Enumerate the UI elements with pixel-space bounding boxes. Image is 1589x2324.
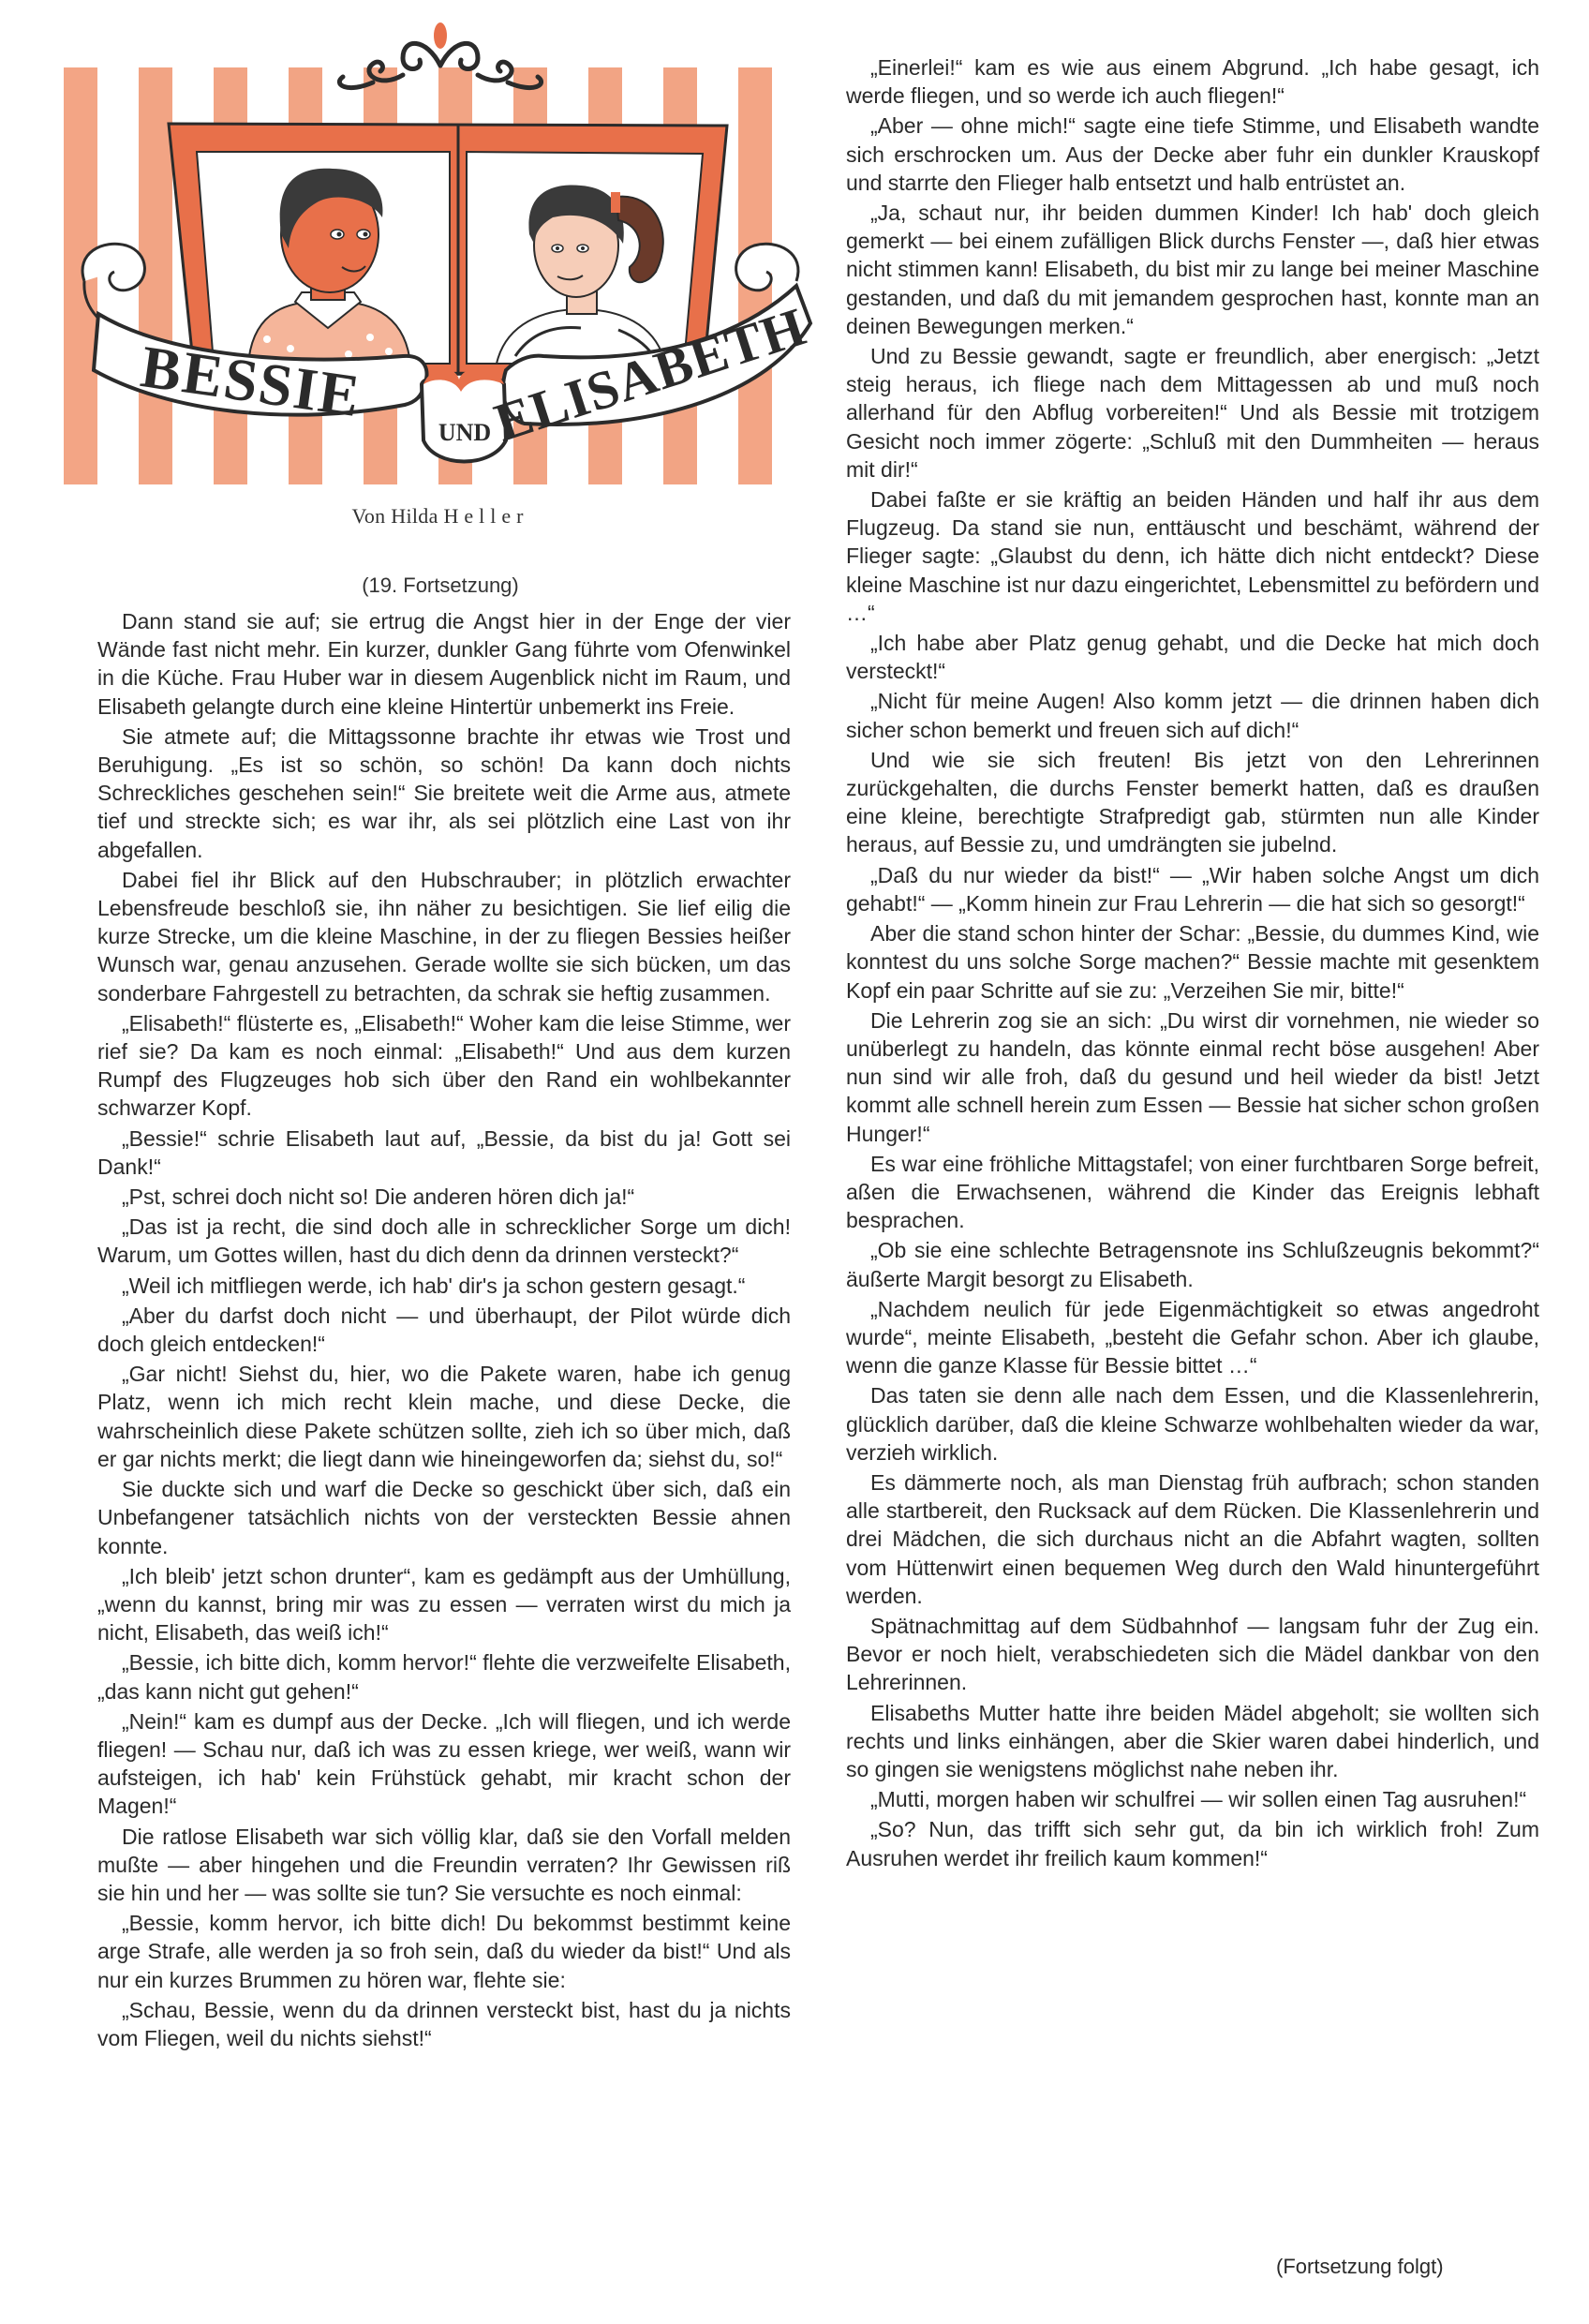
paragraph: „Nachdem neulich für jede Eigenmächtigke… — [846, 1295, 1539, 1380]
paragraph: Spätnachmittag auf dem Südbahnhof — lang… — [846, 1612, 1539, 1697]
continued-notice: (Fortsetzung folgt) — [1276, 2255, 1444, 2279]
paragraph: „Einerlei!“ kam es wie aus einem Abgrund… — [846, 53, 1539, 110]
paragraph: „Aber — ohne mich!“ sagte eine tiefe Sti… — [846, 112, 1539, 197]
paragraph: Dann stand sie auf; sie ertrug die Angst… — [97, 607, 791, 721]
paragraph: Und wie sie sich freuten! Bis jetzt von … — [846, 746, 1539, 859]
paragraph: „Nein!“ kam es dumpf aus der Decke. „Ich… — [97, 1707, 791, 1821]
paragraph: „Aber du darfst doch nicht — und überhau… — [97, 1302, 791, 1358]
paragraph: Es dämmerte noch, als man Dienstag früh … — [846, 1468, 1539, 1610]
paragraph: „Ich habe aber Platz genug gehabt, und d… — [846, 629, 1539, 685]
paragraph: Aber die stand schon hinter der Schar: „… — [846, 919, 1539, 1005]
paragraph: Die ratlose Elisabeth war sich völlig kl… — [97, 1823, 791, 1908]
left-text-column: Dann stand sie auf; sie ertrug die Angst… — [97, 607, 791, 2054]
author-name: Heller — [443, 504, 528, 528]
installment-number: (19. Fortsetzung) — [84, 574, 796, 598]
paragraph: „Bessie!“ schrie Elisabeth laut auf, „Be… — [97, 1125, 791, 1181]
portrait-frame-illustration: BESSIE UND ELISABETH — [56, 0, 824, 506]
paragraph: „Ich bleib' jetzt schon drunter“, kam es… — [97, 1562, 791, 1647]
title-und: UND — [438, 419, 491, 446]
paragraph: „Bessie, komm hervor, ich bitte dich! Du… — [97, 1909, 791, 1994]
paragraph: „Das ist ja recht, die sind doch alle in… — [97, 1213, 791, 1269]
paragraph: „Weil ich mitfliegen werde, ich hab' dir… — [97, 1272, 791, 1300]
banner-curl-right — [736, 244, 798, 290]
paragraph: Die Lehrerin zog sie an sich: „Du wirst … — [846, 1006, 1539, 1148]
paragraph: Dabei faßte er sie kräftig an beiden Hän… — [846, 485, 1539, 627]
byline-prefix: Von Hilda — [352, 504, 438, 528]
paragraph: „Schau, Bessie, wenn du da drinnen verst… — [97, 1996, 791, 2052]
paragraph: „Pst, schrei doch nicht so! Die anderen … — [97, 1183, 791, 1211]
author-byline: Von Hilda Heller — [84, 504, 796, 529]
paragraph: Dabei fiel ihr Blick auf den Hubschraube… — [97, 866, 791, 1007]
paragraph: Das taten sie denn alle nach dem Essen, … — [846, 1381, 1539, 1467]
paragraph: Sie duckte sich und warf die Decke so ge… — [97, 1475, 791, 1560]
right-text-column: „Einerlei!“ kam es wie aus einem Abgrund… — [846, 53, 1539, 1874]
paragraph: „Ja, schaut nur, ihr beiden dummen Kinde… — [846, 199, 1539, 340]
header-illustration: BESSIE UND ELISABETH — [56, 0, 824, 506]
paragraph: Sie atmete auf; die Mittagssonne brachte… — [97, 723, 791, 864]
paragraph: „So? Nun, das trifft sich sehr gut, da b… — [846, 1815, 1539, 1871]
paragraph: „Elisabeth!“ flüsterte es, „Elisabeth!“ … — [97, 1009, 791, 1123]
paragraph: „Ob sie eine schlechte Betragensnote ins… — [846, 1236, 1539, 1292]
paragraph: „Nicht für meine Augen! Also komm jetzt … — [846, 687, 1539, 743]
paragraph: „Gar nicht! Siehst du, hier, wo die Pake… — [97, 1360, 791, 1473]
paragraph: Elisabeths Mutter hatte ihre beiden Mäde… — [846, 1699, 1539, 1784]
paragraph: „Bessie, ich bitte dich, komm hervor!“ f… — [97, 1648, 791, 1705]
paragraph: Es war eine fröhliche Mittagstafel; von … — [846, 1150, 1539, 1235]
paragraph: Und zu Bessie gewandt, sagte er freundli… — [846, 342, 1539, 484]
paragraph: „Daß du nur wieder da bist!“ — „Wir habe… — [846, 861, 1539, 917]
paragraph: „Mutti, morgen haben wir schulfrei — wir… — [846, 1785, 1539, 1813]
